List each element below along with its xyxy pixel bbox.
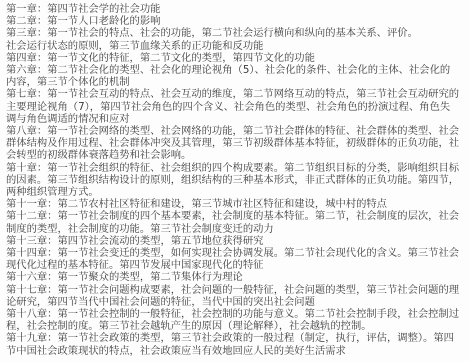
line-chapter-10-continuation: 两种组织管理方式。: [6, 186, 467, 198]
line-chapter-19-continuation: 节中国社会政策现状的特点，社会政策应当有效地回应人民的美好生活需求: [6, 345, 467, 357]
line-chapter-2: 第二章：第一节人口老龄化的影响: [6, 15, 467, 27]
line-chapter-10: 第十章：第一节社会组织的特征、社会组织的四个构成要素。第二节组织目标的分类，影响…: [6, 162, 467, 174]
line-chapter-16: 第十六章：第一节聚众的类型，第二节集体行为理论: [6, 271, 467, 283]
line-chapter-3: 第三章：第一节社会的特点、社会的功能，第二节社会运行横向和纵向的基本关系、评价。: [6, 27, 467, 39]
line-chapter-13: 第十三章：第四节社会流动的类型，第五节地位获得研究: [6, 235, 467, 247]
line-chapter-14-continuation: 现代化过程的基本特征。第四节发展中国家现代化的特征: [6, 259, 467, 271]
line-chapter-12: 第十二章：第一节社会制度的四个基本要素，社会制度的基本特征。第二节，社会制度的层…: [6, 210, 467, 222]
line-chapter-7-continuation: 调与角色调适的情况和应对: [6, 113, 467, 125]
line-chapter-17-continuation: 论研究，第四节当代中国社会问题的特征，当代中国的突出社会问题: [6, 296, 467, 308]
line-chapter-14: 第十四章：第一节社会变迁的类型，如何实现社会协调发展。第二节社会现代化的含义。第…: [6, 247, 467, 259]
line-chapter-8-continuation: 会转型的初级群体衰落趋势和社会影响。: [6, 149, 467, 161]
line-chapter-8: 第八章：第一节社会网络的类型、社会网络的功能，第二节社会群体的特征、社会群体的类…: [6, 125, 467, 137]
line-chapter-19: 第十九章：第一节社会政策的类型，第三节社会政策的一般过程（制定，执行，评估，调整…: [6, 332, 467, 344]
line-chapter-6: 第六章：第二节社会化的类型、社会化的理论视角（5）、社会化的条件、社会化的主体、…: [6, 64, 467, 76]
line-chapter-3-continuation: 社会运行状态的原则，第三节血缘关系的正功能和反功能: [6, 40, 467, 52]
line-chapter-8-continuation: 群体结构及作用过程、社会群体冲突及其管理，第三节初级群体基本特征，初级群体的正负…: [6, 137, 467, 149]
line-chapter-12-continuation: 制度的类型，社会制度的功能。第三节社会制度变迁的动力: [6, 223, 467, 235]
line-chapter-4: 第四章：第一节文化的特征，第二节文化的类型，第四节文化的功能: [6, 52, 467, 64]
line-chapter-11: 第十一章：第二节农村社区特征和建设，第三节城市社区特征和建设，城中村的特点: [6, 198, 467, 210]
line-chapter-6-continuation: 内容，第三节个体化的机制: [6, 76, 467, 88]
line-chapter-7: 第七章：第一节社会互动的特点、社会互动的维度，第二节网络互动的特点，第三节社会互…: [6, 88, 467, 100]
line-chapter-18: 第十八章：第一节社会控制的一般特征，社会控制的功能与意义。第二节社会控制手段，社…: [6, 308, 467, 320]
document: 第一章：第四节社会学的社会功能 第二章：第一节人口老龄化的影响 第三章：第一节社…: [0, 0, 470, 357]
line-chapter-7-continuation: 主要理论视角（7），第四节社会角色的四个含义、社会角色的类型、社会角色的扮演过程…: [6, 101, 467, 113]
line-chapter-18-continuation: 程，社会控制的度。第三节社会越轨产生的原因（理论解释），社会越轨的控制。: [6, 320, 467, 332]
line-chapter-1: 第一章：第四节社会学的社会功能: [6, 3, 467, 15]
line-chapter-10-continuation: 的因素。第三节组织结构设计的原则，组织结构的三种基本形式，非正式群体的正负功能。…: [6, 174, 467, 186]
line-chapter-17: 第十七章：第一节社会问题构成要素，社会问题的一般特征，社会问题的类型，第三节社会…: [6, 284, 467, 296]
